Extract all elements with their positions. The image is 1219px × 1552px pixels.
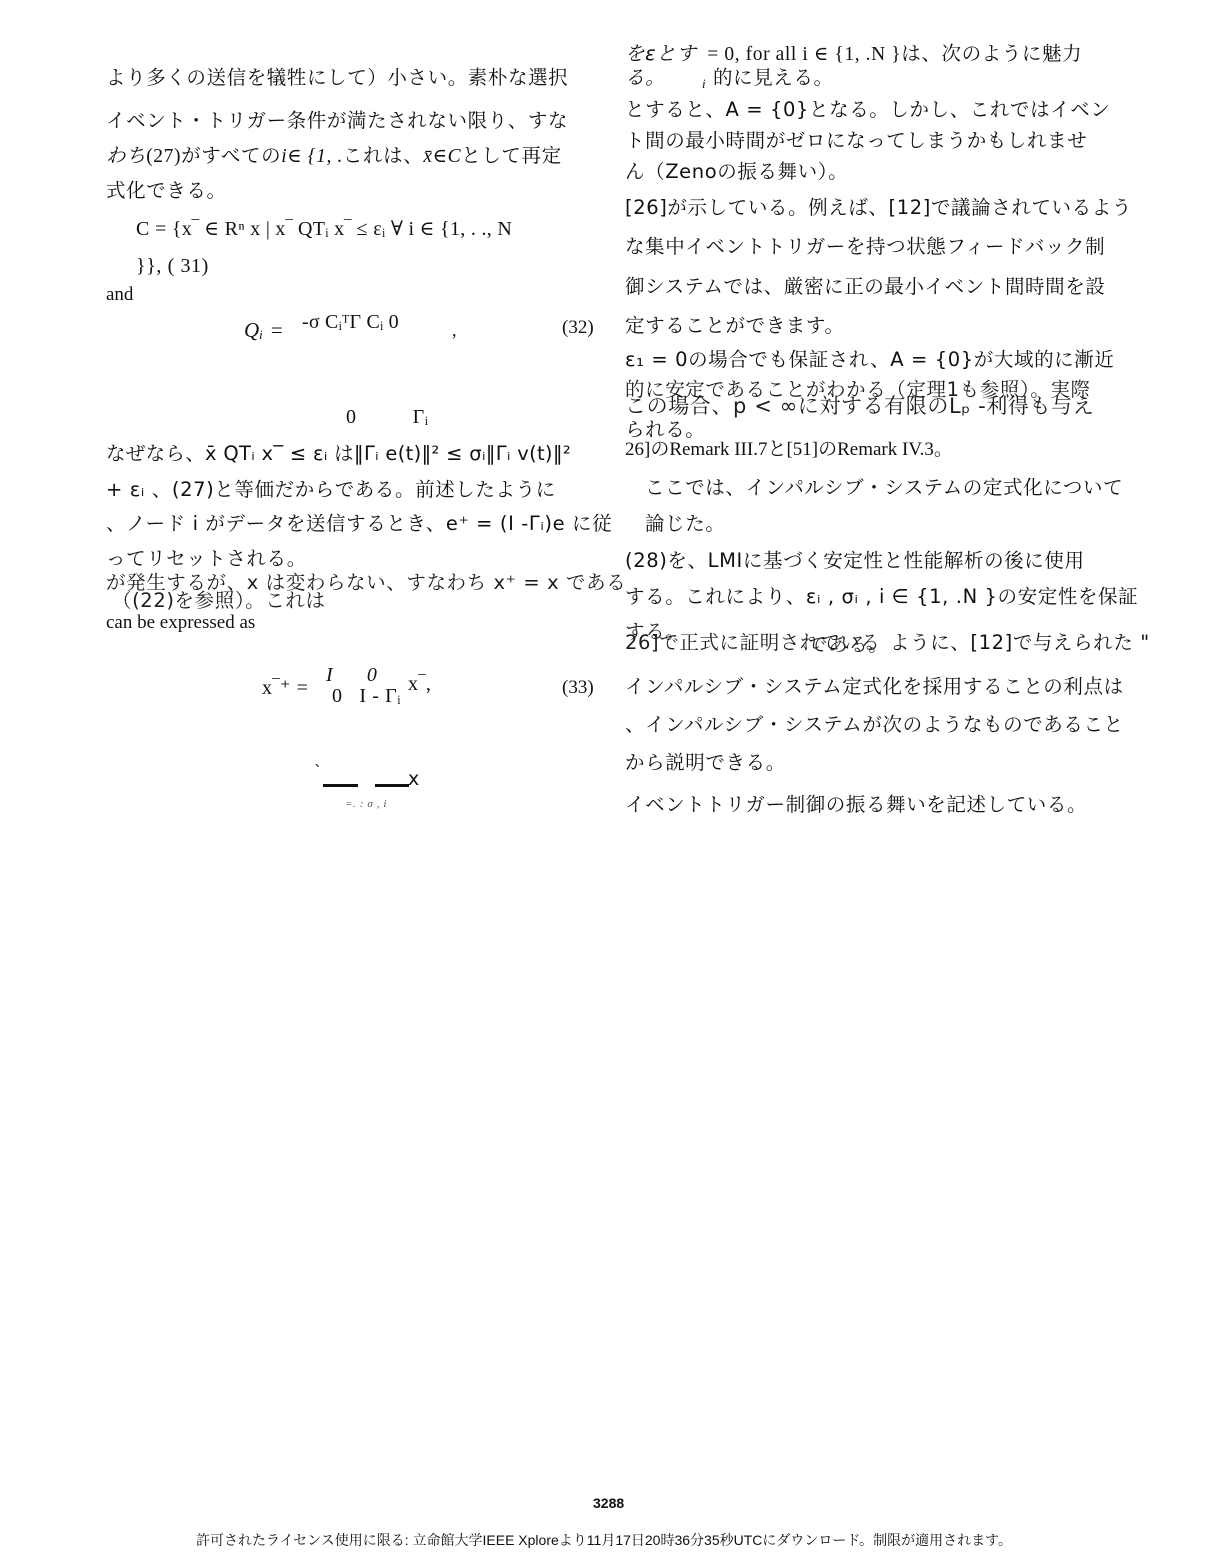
equation-33-lhs: x‾⁺ = bbox=[262, 676, 309, 700]
stray-mark: ` bbox=[314, 760, 323, 784]
equation-31-cont: }}, ( 31) bbox=[136, 254, 209, 278]
paragraph-line: 26]のRemark III.7と[51]のRemark IV.3。 bbox=[625, 438, 953, 462]
paragraph-line: より多くの送信を犠牲にして）小さい。素朴な選択 bbox=[106, 66, 568, 90]
stray-subscript: =. : σ , i bbox=[345, 792, 387, 816]
equation-number: (32) bbox=[562, 317, 594, 339]
paragraph-line: ト間の最小時間がゼロになってしまうかもしれませ bbox=[625, 129, 1087, 153]
paragraph-line: から説明できる。 bbox=[625, 751, 786, 775]
equation-32-row1: -σ CᵢᵀΓ Cᵢ 0 bbox=[302, 310, 399, 334]
paragraph-line: この場合、p < ∞に対する有限のLₚ -利得も与え bbox=[625, 394, 1094, 418]
fraction-bar bbox=[375, 784, 409, 787]
paragraph-line: る。 i 的に見える。 bbox=[625, 66, 834, 96]
page-number: 3288 bbox=[593, 1495, 624, 1511]
paragraph-line: 定することができます。 bbox=[625, 314, 845, 338]
fraction-bar bbox=[323, 784, 358, 787]
text-fragment: をεとす bbox=[625, 42, 696, 65]
text-fragment: わち bbox=[106, 144, 146, 167]
equation-32-lhs: Qᵢ = bbox=[244, 318, 284, 342]
equation-33-row2: 0 I - Γᵢ bbox=[332, 684, 401, 708]
paragraph-line: イベント・トリガー条件が満たされない限り、すな bbox=[106, 109, 568, 133]
connector-word: and bbox=[106, 283, 133, 307]
text-fragment: る。 bbox=[625, 66, 665, 89]
text-fragment: として再定 bbox=[461, 144, 562, 167]
paragraph-line: 、ノード i がデータを送信するとき、e⁺ = (I -Γᵢ)e に従 bbox=[106, 512, 612, 536]
paragraph-line: + εᵢ 、(27)と等価だからである。前述したように bbox=[106, 478, 556, 502]
paragraph-line: イベントトリガー制御の振る舞いを記述している。 bbox=[625, 793, 1087, 817]
paragraph-line: (28)を、LMIに基づく安定性と性能解析の後に使用 bbox=[625, 549, 1085, 573]
paragraph-line: な集中イベントトリガーを持つ状態フィードバック制 bbox=[625, 235, 1105, 259]
math-inline: x̄∈C bbox=[423, 146, 461, 167]
text-fragment: これは、 bbox=[343, 144, 423, 167]
math-subscript: i bbox=[702, 76, 706, 91]
paragraph-line: ん（Zenoの振る舞い）。 bbox=[625, 160, 848, 184]
paragraph-line: 式化できる。 bbox=[106, 179, 227, 203]
paragraph-line: わち(27)がすべてのi∈ {1, .これは、x̄∈Cとして再定 bbox=[106, 144, 562, 169]
paragraph-line: can be expressed as bbox=[106, 611, 255, 635]
paragraph-line: （(22)を参照）。これは bbox=[112, 589, 326, 613]
paragraph-line: ここでは、インパルシブ・システムの定式化について bbox=[645, 476, 1123, 500]
paragraph-line: をεとす = 0, for all i ∈ {1, .N }は、次のように魅力 bbox=[625, 42, 1082, 67]
equation-31: C = {x‾ ∈ Rⁿ x | x‾ QTᵢ x‾ ≤ εᵢ ∀ i ∈ {1… bbox=[136, 217, 512, 241]
paragraph-line: インパルシブ・システム定式化を採用することの利点は bbox=[625, 675, 1124, 699]
math-inline: = 0, for all i ∈ {1, .N } bbox=[707, 44, 901, 65]
equation-32-row2: 0 Γᵢ bbox=[346, 405, 429, 429]
text-fragment: 的に見える。 bbox=[713, 66, 834, 89]
paragraph-line: 御システムでは、厳密に正の最小イベント間時間を設 bbox=[625, 275, 1105, 299]
stray-symbol: x bbox=[408, 767, 420, 791]
paragraph-line: ように、[12]で与えられた " bbox=[890, 631, 1150, 655]
text-fragment: がすべての bbox=[181, 144, 281, 167]
equation-reference: (27) bbox=[146, 146, 181, 167]
text-fragment: は、次のように魅力 bbox=[901, 42, 1082, 65]
paragraph-line: する。これにより、εᵢ , σᵢ , i ∈ {1, .N }の安定性を保証 bbox=[625, 585, 1138, 609]
license-footer: 許可されたライセンス使用に限る: 立命館大学IEEE Xploreより11月17… bbox=[196, 1530, 1012, 1550]
math-inline: i∈ {1, . bbox=[281, 146, 343, 167]
paragraph-line: ε₁ = 0の場合でも保証され、A = {0}が大域的に漸近 bbox=[625, 348, 1114, 372]
equation-33-rhs: x‾, bbox=[408, 672, 431, 696]
paragraph-line: である。 bbox=[808, 633, 888, 657]
equation-number: (33) bbox=[562, 677, 594, 699]
equation-32-comma: , bbox=[452, 318, 457, 342]
paragraph-line: とすると、A = {0}となる。しかし、これではイベン bbox=[625, 98, 1111, 122]
paragraph-line: なぜなら、x̄ QTᵢ x‾ ≤ εᵢ は‖Γᵢ e(t)‖² ≤ σᵢ‖Γᵢ … bbox=[106, 442, 571, 466]
paragraph-line: ってリセットされる。 bbox=[106, 547, 307, 571]
paragraph-line: 論じた。 bbox=[645, 512, 725, 536]
paragraph-line: [26]が示している。例えば、[12]で議論されているよう bbox=[625, 196, 1132, 220]
paragraph-line: 、インパルシブ・システムが次のようなものであること bbox=[625, 713, 1124, 737]
